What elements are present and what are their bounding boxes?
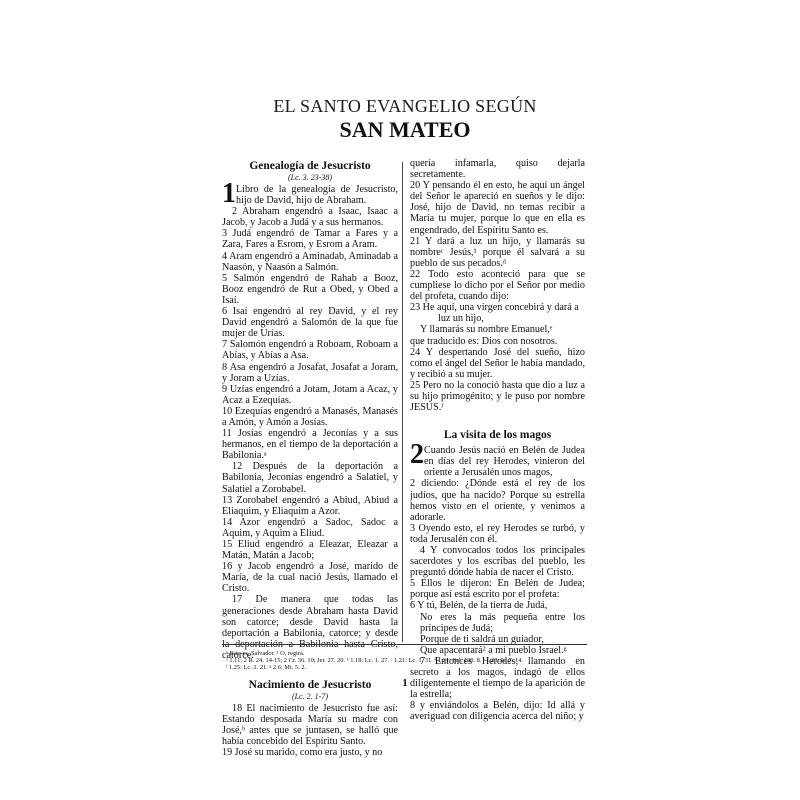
verse: 24 Y despertando José del sueño, hizo co…: [410, 347, 585, 380]
chapter-number: 2: [410, 442, 424, 468]
verse: quería infamarla, quiso dejarla secretam…: [410, 158, 585, 180]
verse-text: Cuando Jesús nació en Belén de Judea en …: [424, 445, 585, 478]
verse: 23 He aquí, una virgen concebirá y dará …: [410, 302, 585, 313]
verse: 25 Pero no la conoció hasta que dio a lu…: [410, 380, 585, 413]
verse: 3 Oyendo esto, el rey Herodes se turbó, …: [410, 523, 585, 545]
verse: 21 Y dará a luz un hijo, y llamarás su n…: [410, 236, 585, 269]
verse: 5 Salmón engendró de Rahab a Booz, Booz …: [222, 273, 398, 306]
verse: 8 y enviándolos a Belén, dijo: Id allá y…: [410, 700, 585, 722]
verse: 3 Judá engendró de Tamar a Fares y a Zar…: [222, 228, 398, 250]
section-cross-reference: (Lc. 3. 23-38): [222, 173, 398, 182]
section-cross-reference: (Lc. 2. 1-7): [222, 692, 398, 701]
footnote-line: ᵃ 1.11: 2 R. 24. 14-15; 2 Cr. 36. 10; Je…: [226, 657, 591, 664]
chapter-number: 1: [222, 181, 236, 207]
verse: 9 Uzías engendró a Jotam, Jotam a Acaz, …: [222, 384, 398, 406]
verse: 6 Isaí engendró al rey David, y el rey D…: [222, 306, 398, 339]
verse: 22 Todo esto aconteció para que se cumpl…: [410, 269, 585, 302]
verse: 10 Ezequías engendró a Manasés, Manasés …: [222, 406, 398, 428]
verse-poetry: luz un hijo,: [410, 313, 585, 324]
footnotes: ¹ Esto es, Salvador. ² O, regirá. ᵃ 1.11…: [226, 650, 591, 671]
verse: 16 y Jacob engendró a José, marido de Ma…: [222, 561, 398, 594]
bible-page: EL SANTO EVANGELIO SEGÚN SAN MATEO Genea…: [0, 0, 800, 800]
footnote-line: ¹ Esto es, Salvador. ² O, regirá.: [226, 650, 591, 657]
verse: 19 José su marido, como era justo, y no: [222, 747, 398, 758]
verse-2-1: 2 Cuando Jesús nació en Belén de Judea e…: [410, 445, 585, 478]
right-column: quería infamarla, quiso dejarla secretam…: [410, 158, 585, 723]
verse: 8 Asa engendró a Josafat, Josafat a Jora…: [222, 362, 398, 384]
footnote-rule: [222, 644, 587, 645]
page-number: 1: [0, 677, 800, 689]
section-heading-genealogy: Genealogía de Jesucristo: [222, 160, 398, 173]
verse: 5 Ellos le dijeron: En Belén de Judea; p…: [410, 578, 585, 600]
verse: 4 Y convocados todos los principales sac…: [410, 545, 585, 578]
verse-poetry: No eres la más pequeña entre los príncip…: [410, 612, 585, 634]
verse: 7 Salomón engendró a Roboam, Roboam a Ab…: [222, 339, 398, 361]
verse: 18 El nacimiento de Jesucristo fue así: …: [222, 703, 398, 747]
verse: 13 Zorobabel engendró a Abiud, Abiud a E…: [222, 495, 398, 517]
verse-text: Libro de la genealogía de Jesucristo, hi…: [236, 184, 398, 206]
book-title: SAN MATEO: [0, 117, 800, 143]
verse-poetry: Y llamarás su nombre Emanuel,ᵉ: [410, 324, 585, 335]
verse: 11 Josías engendró a Jeconías y a sus he…: [222, 428, 398, 461]
verse-poetry: 6 Y tú, Belén, de la tierra de Judá,: [410, 600, 585, 611]
book-supertitle: EL SANTO EVANGELIO SEGÚN: [0, 96, 800, 117]
verse: que traducido es: Dios con nosotros.: [410, 336, 585, 347]
footnote-line: ᶠ 1.25: Lc. 2. 21. ᵍ 2.6: Mi. 5. 2.: [226, 664, 591, 671]
verse: 2 Abraham engendró a Isaac, Isaac a Jaco…: [222, 206, 398, 228]
verse: 20 Y pensando él en esto, he aquí un áng…: [410, 180, 585, 235]
verse: 15 Eliud engendró a Eleazar, Eleazar a M…: [222, 539, 398, 561]
verse: 12 Después de la deportación a Babilonia…: [222, 461, 398, 494]
verse-1: 1 Libro de la genealogía de Jesucristo, …: [222, 184, 398, 206]
verse: 2 diciendo: ¿Dónde está el rey de los ju…: [410, 478, 585, 522]
verse: 4 Aram engendró a Aminadab, Aminadab a N…: [222, 251, 398, 273]
section-heading-magi: La visita de los magos: [410, 429, 585, 442]
column-divider: [402, 162, 403, 642]
verse: 14 Azor engendró a Sadoc, Sadoc a Aquim,…: [222, 517, 398, 539]
